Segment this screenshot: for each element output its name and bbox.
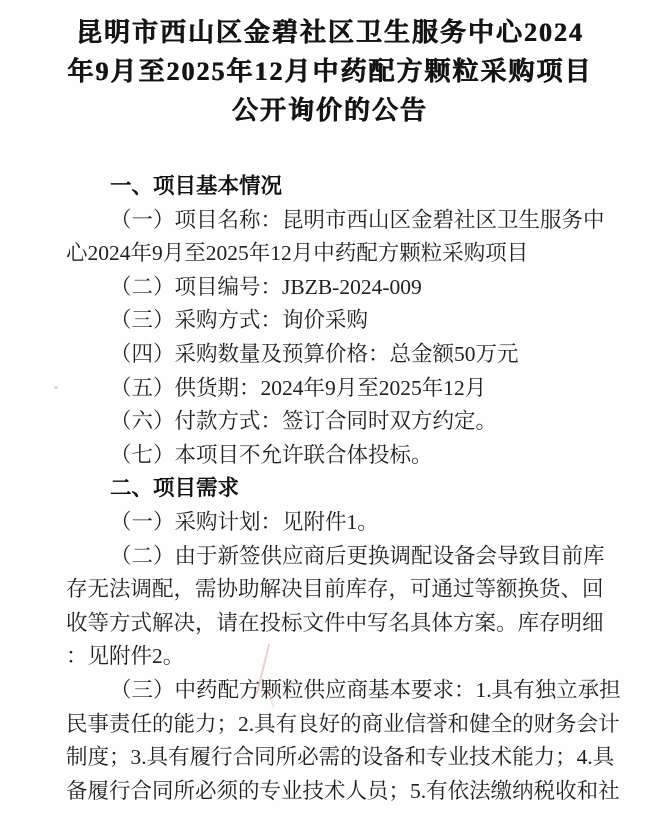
item-project-name-line-1: （一）项目名称：昆明市西山区金碧社区卫生服务中 <box>66 204 596 238</box>
item-quantity-and-budget: （四）采购数量及预算价格：总金额50万元 <box>66 338 596 372</box>
section-heading-basic-info: 一、项目基本情况 <box>66 170 596 204</box>
item-project-name-line-2: 心2024年9月至2025年12月中药配方颗粒采购项目 <box>66 237 596 271</box>
item-supply-period: （五）供货期：2024年9月至2025年12月 <box>66 372 596 406</box>
item-inventory-issue-line-1: （二）由于新签供应商后更换调配设备会导致目前库 <box>66 540 596 574</box>
item-supplier-requirements-line-2: 民事责任的能力；2.具有良好的商业信誉和健全的财务会计 <box>66 708 596 742</box>
document-title-line-3: 公开询价的公告 <box>0 91 660 130</box>
item-procurement-plan: （一）采购计划：见附件1。 <box>66 506 596 540</box>
document-title: 昆明市西山区金碧社区卫生服务中心2024 年9月至2025年12月中药配方颗粒采… <box>0 0 660 130</box>
item-supplier-requirements-line-3: 制度；3.具有履行合同所必需的设备和专业技术能力；4.具 <box>66 741 596 775</box>
item-project-number: （二）项目编号：JBZB-2024-009 <box>66 271 596 305</box>
item-inventory-issue-line-3: 收等方式解决，请在投标文件中写名具体方案。库存明细 <box>66 607 596 641</box>
item-procurement-method: （三）采购方式：询价采购 <box>66 304 596 338</box>
item-inventory-issue-line-2: 存无法调配，需协助解决目前库存，可通过等额换货、回 <box>66 573 596 607</box>
document-title-line-1: 昆明市西山区金碧社区卫生服务中心2024 <box>0 13 660 52</box>
item-supplier-requirements-line-4: 备履行合同所必须的专业技术人员；5.有依法缴纳税收和社 <box>66 775 596 809</box>
item-no-consortium-bidding: （七）本项目不允许联合体投标。 <box>66 439 596 473</box>
document-title-line-2: 年9月至2025年12月中药配方颗粒采购项目 <box>0 52 660 91</box>
scan-artifact-speck <box>54 386 58 389</box>
document-body: 一、项目基本情况 （一）项目名称：昆明市西山区金碧社区卫生服务中 心2024年9… <box>0 170 660 808</box>
scanned-document-page: 昆明市西山区金碧社区卫生服务中心2024 年9月至2025年12月中药配方颗粒采… <box>0 0 660 837</box>
section-heading-project-requirements: 二、项目需求 <box>66 472 596 506</box>
item-payment-method: （六）付款方式：签订合同时双方约定。 <box>66 405 596 439</box>
item-supplier-requirements-line-1: （三）中药配方颗粒供应商基本要求：1.具有独立承担 <box>66 674 596 708</box>
item-inventory-issue-line-4: ：见附件2。 <box>66 640 596 674</box>
